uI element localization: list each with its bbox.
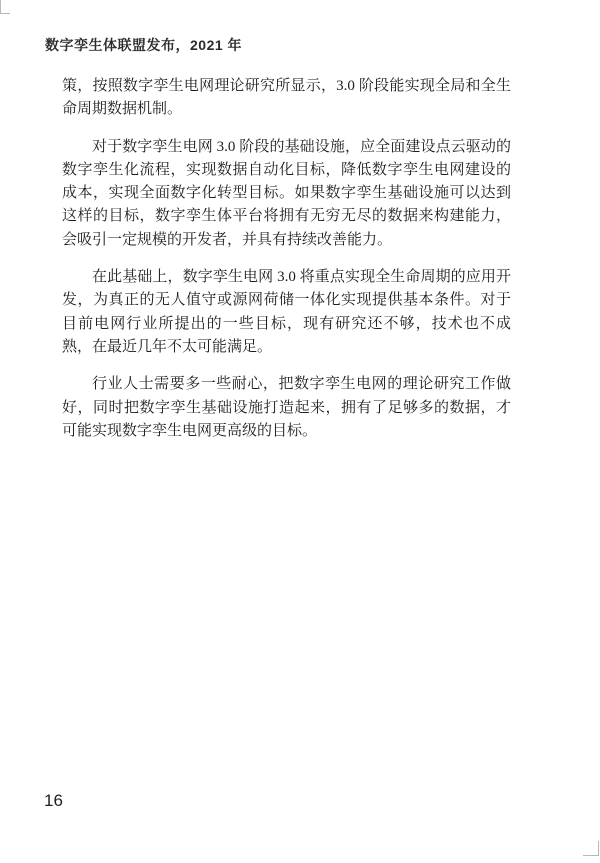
page-body: 策，按照数字孪生电网理论研究所显示，3.0 阶段能实现全局和全生命周期数据机制。… xyxy=(62,75,511,457)
page-corner-mark-top-left xyxy=(0,0,10,14)
body-paragraph: 行业人士需要多一些耐心，把数字孪生电网的理论研究工作做好，同时把数字孪生基础设施… xyxy=(62,373,511,443)
body-paragraph: 策，按照数字孪生电网理论研究所显示，3.0 阶段能实现全局和全生命周期数据机制。 xyxy=(62,75,511,122)
page-corner-mark-bottom-right xyxy=(583,841,599,856)
page-header: 数字孪生体联盟发布，2021 年 xyxy=(45,35,242,55)
page-number: 16 xyxy=(44,791,63,811)
body-paragraph: 对于数字孪生电网 3.0 阶段的基础设施，应全面建设点云驱动的数字孪生化流程，实… xyxy=(62,136,511,252)
body-paragraph: 在此基础上，数字孪生电网 3.0 将重点实现全生命周期的应用开发，为真正的无人值… xyxy=(62,266,511,359)
document-page: 数字孪生体联盟发布，2021 年 策，按照数字孪生电网理论研究所显示，3.0 阶… xyxy=(0,0,600,863)
